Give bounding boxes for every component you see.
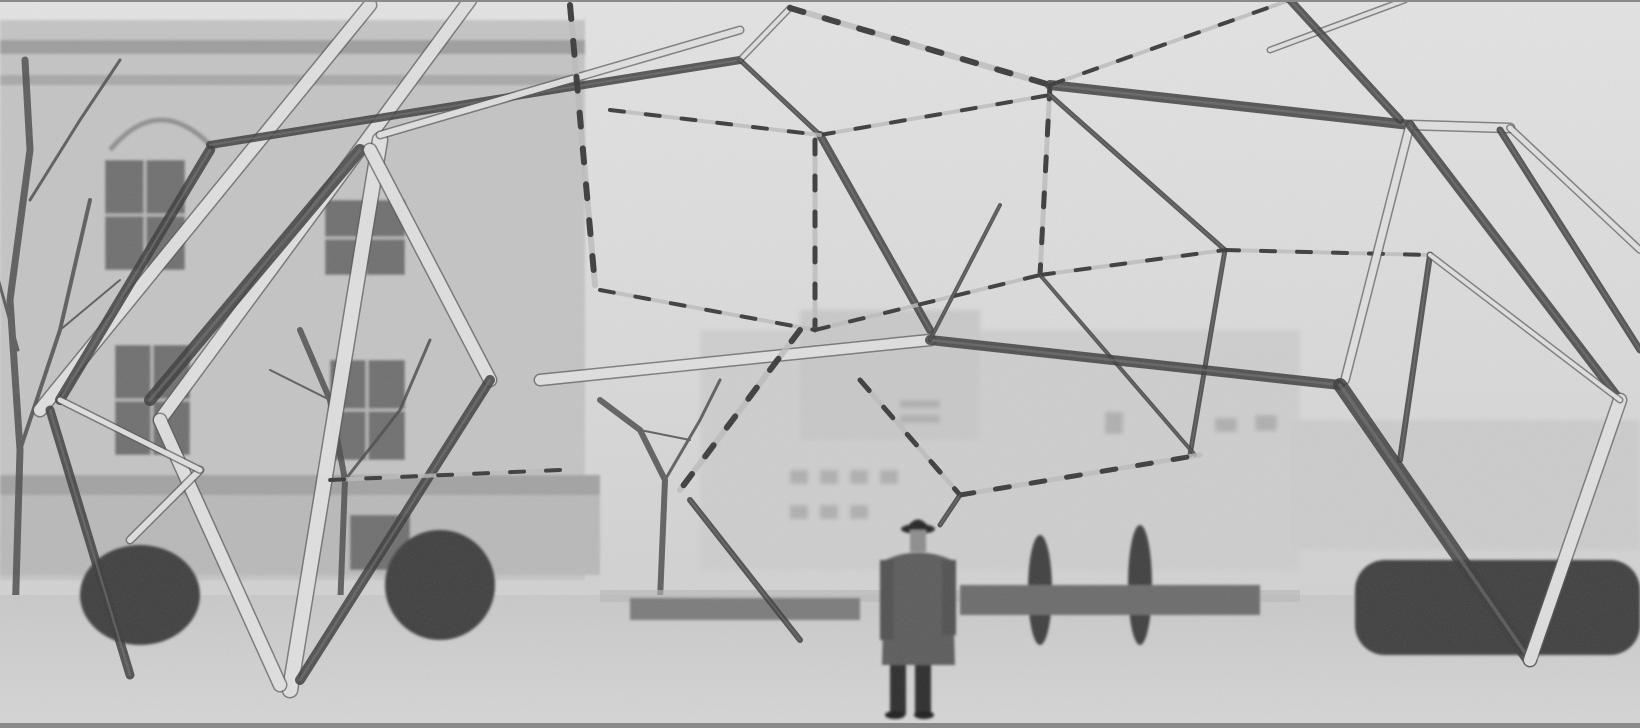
- bottom-border: [0, 723, 1640, 728]
- photograph: Black-and-white historic photograph of a…: [0, 0, 1640, 728]
- photo-scene: [0, 0, 1640, 728]
- top-border: [0, 0, 1640, 2]
